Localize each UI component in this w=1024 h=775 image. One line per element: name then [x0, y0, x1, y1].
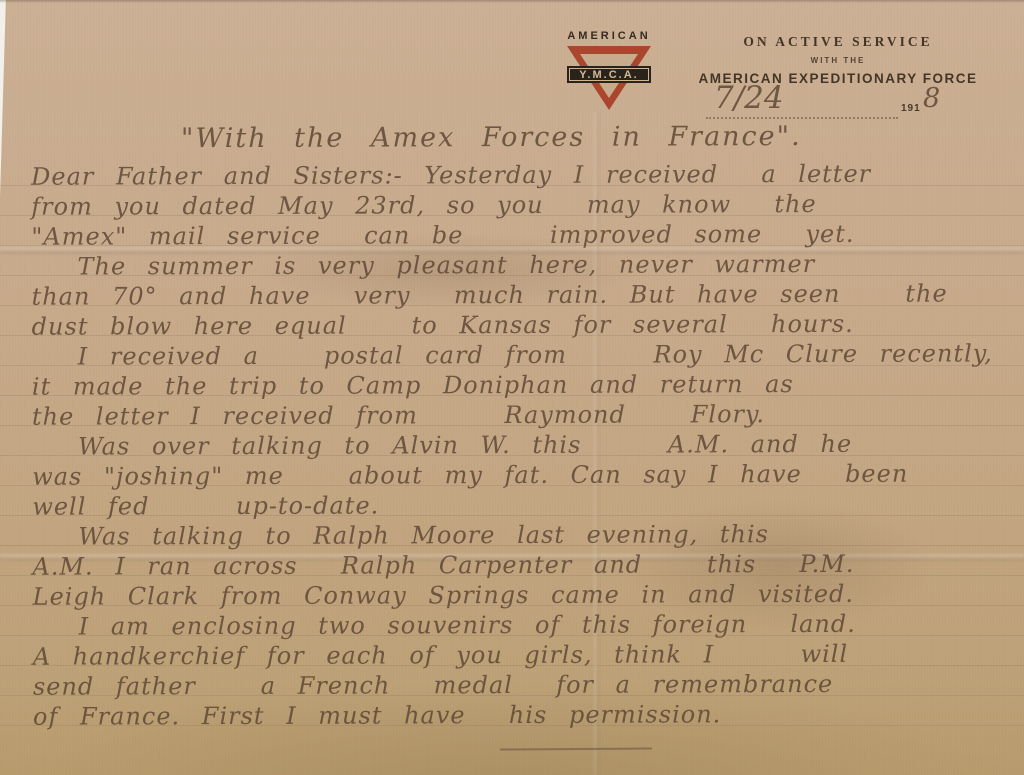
handwritten-date: 7/24 — [714, 80, 784, 116]
handwritten-line: I am enclosing two souvenirs of this for… — [33, 608, 1008, 641]
handwritten-line: Dear Father and Sisters:- Yesterday I re… — [31, 158, 1006, 191]
ymca-logo: AMERICAN Y.M.C.A. — [556, 30, 662, 116]
scanned-letter: AMERICAN Y.M.C.A. ON ACTIVE SERVICE WITH… — [0, 0, 1024, 775]
scan-shadow — [0, 0, 1024, 3]
handwritten-line: Was talking to Ralph Moore last evening,… — [32, 518, 1007, 551]
letter-body: "With the Amex Forces in France". Dear F… — [31, 116, 1008, 731]
handwritten-year-digit: 8 — [923, 83, 940, 114]
handwritten-line: A handkerchief for each of you girls, th… — [33, 638, 1008, 671]
handwritten-line: The summer is very pleasant here, never … — [31, 248, 1006, 281]
printed-year-prefix: 191 — [901, 103, 921, 114]
handwritten-line: A.M. I ran across Ralph Carpenter and th… — [32, 548, 1007, 581]
service-heading: ON ACTIVE SERVICE WITH THE AMERICAN EXPE… — [686, 34, 990, 86]
ymca-american-label: AMERICAN — [556, 30, 662, 42]
handwritten-line: it made the trip to Camp Doniphan and re… — [32, 368, 1007, 401]
handwritten-line: Was over talking to Alvin W. this A.M. a… — [32, 428, 1007, 461]
on-active-service-label: ON ACTIVE SERVICE — [686, 34, 990, 50]
handwritten-line: the letter I received from Raymond Flory… — [32, 398, 1007, 431]
handwritten-line: I received a postal card from Roy Mc Clu… — [32, 338, 1007, 371]
handwritten-line: from you dated May 23rd, so you may know… — [31, 188, 1006, 221]
handwritten-line: send father a French medal for a remembr… — [33, 668, 1008, 701]
handwritten-line: Leigh Clark from Conway Springs came in … — [33, 578, 1008, 611]
handwritten-line: was "joshing" me about my fat. Can say I… — [32, 458, 1007, 491]
handwritten-line: of France. First I must have his permiss… — [33, 698, 1008, 731]
handwritten-line: dust blow here equal to Kansas for sever… — [32, 308, 1007, 341]
ymca-triangle-icon: Y.M.C.A. — [565, 45, 653, 111]
ymca-triangle-label: Y.M.C.A. — [579, 69, 638, 81]
handwritten-line: "Amex" mail service can be improved some… — [31, 218, 1006, 251]
with-the-label: WITH THE — [686, 56, 990, 65]
handwritten-line: than 70° and have very much rain. But ha… — [32, 278, 1007, 311]
handwritten-line: well fed up-to-date. — [32, 488, 1007, 521]
letter-title: "With the Amex Forces in France". — [31, 116, 1006, 161]
